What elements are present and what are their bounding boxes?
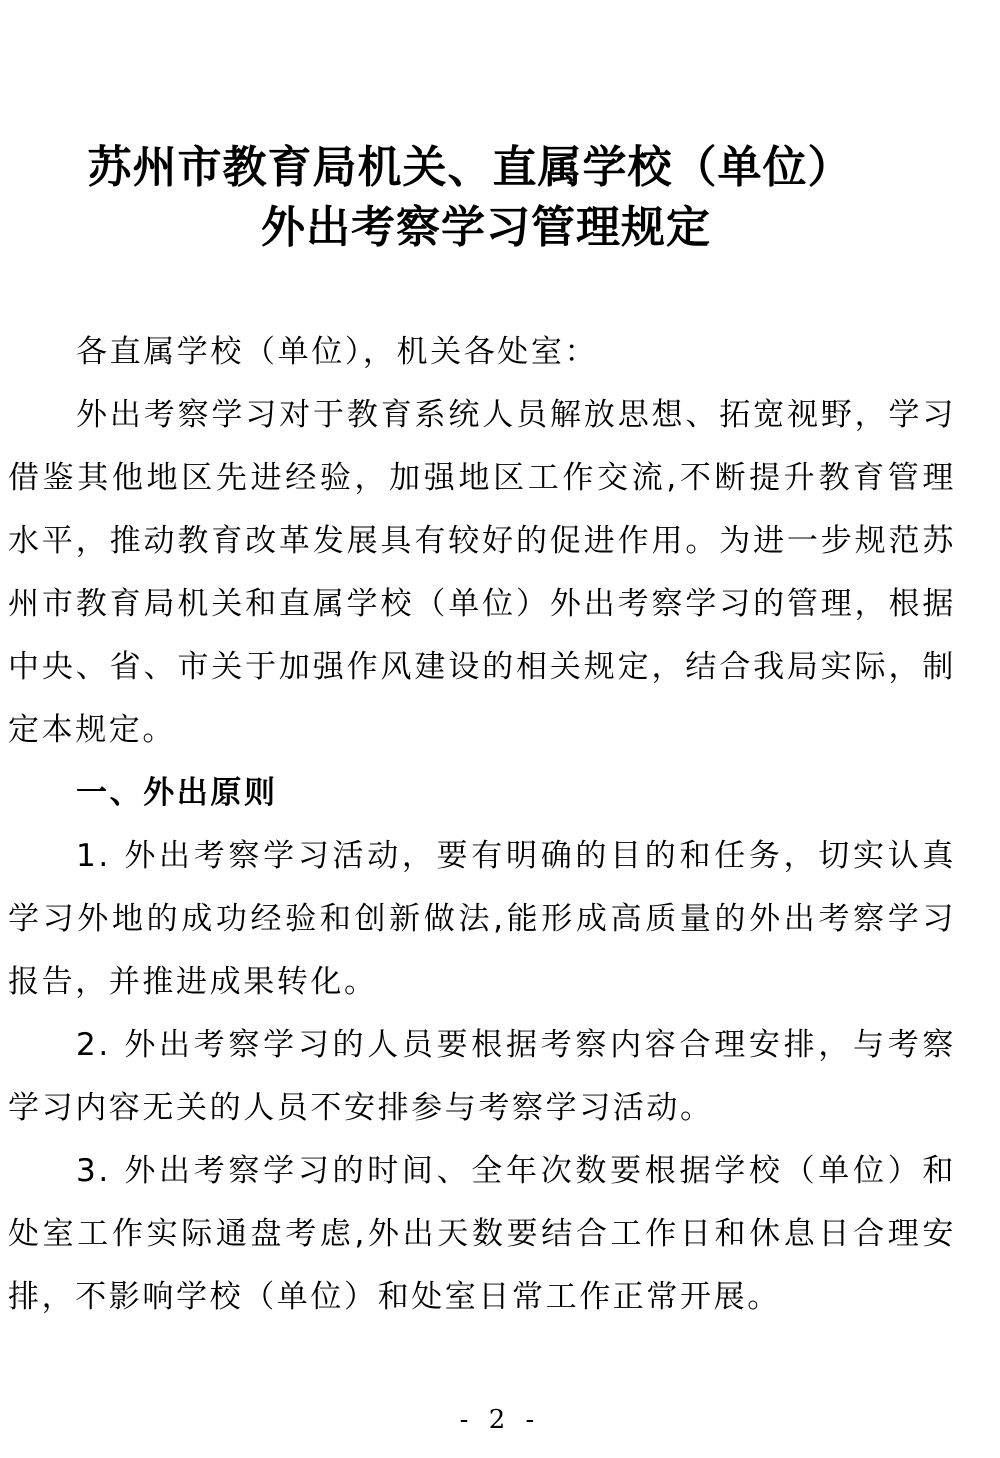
item-1-line: 1. 外出考察学习活动，要有明确的目的和任务，切实认真: [76, 836, 956, 876]
document-page: 苏州市教育局机关、直属学校（单位） 外出考察学习管理规定 各直属学校（单位），机…: [0, 0, 1000, 1458]
intro-line: 中央、省、市关于加强作风建设的相关规定，结合我局实际，制: [8, 647, 956, 687]
salutation: 各直属学校（单位），机关各处室：: [76, 332, 1000, 372]
intro-line: 定本规定。: [8, 710, 968, 750]
intro-line: 借鉴其他地区先进经验，加强地区工作交流,不断提升教育管理: [8, 458, 956, 498]
item-3-line: 3. 外出考察学习的时间、全年次数要根据学校（单位）和: [76, 1151, 956, 1191]
item-2-line: 2. 外出考察学习的人员要根据考察内容合理安排，与考察: [76, 1025, 956, 1065]
intro-line: 外出考察学习对于教育系统人员解放思想、拓宽视野，学习: [76, 395, 956, 435]
intro-line: 州市教育局机关和直属学校（单位）外出考察学习的管理，根据: [8, 584, 956, 624]
section-heading: 一、外出原则: [76, 773, 1000, 813]
item-2-line: 学习内容无关的人员不安排参与考察学习活动。: [8, 1088, 968, 1128]
item-3-line: 排，不影响学校（单位）和处室日常工作正常开展。: [8, 1277, 968, 1317]
item-3-line: 处室工作实际通盘考虑,外出天数要结合工作日和休息日合理安: [8, 1214, 956, 1254]
item-1-line: 学习外地的成功经验和创新做法,能形成高质量的外出考察学习: [8, 899, 956, 939]
document-title-line-2: 外出考察学习管理规定: [0, 200, 986, 256]
document-title-line-1: 苏州市教育局机关、直属学校（单位）: [0, 140, 970, 196]
intro-line: 水平，推动教育改革发展具有较好的促进作用。为进一步规范苏: [8, 521, 956, 561]
item-1-line: 报告，并推进成果转化。: [8, 962, 968, 1002]
page-number: - 2 -: [0, 1405, 1000, 1435]
